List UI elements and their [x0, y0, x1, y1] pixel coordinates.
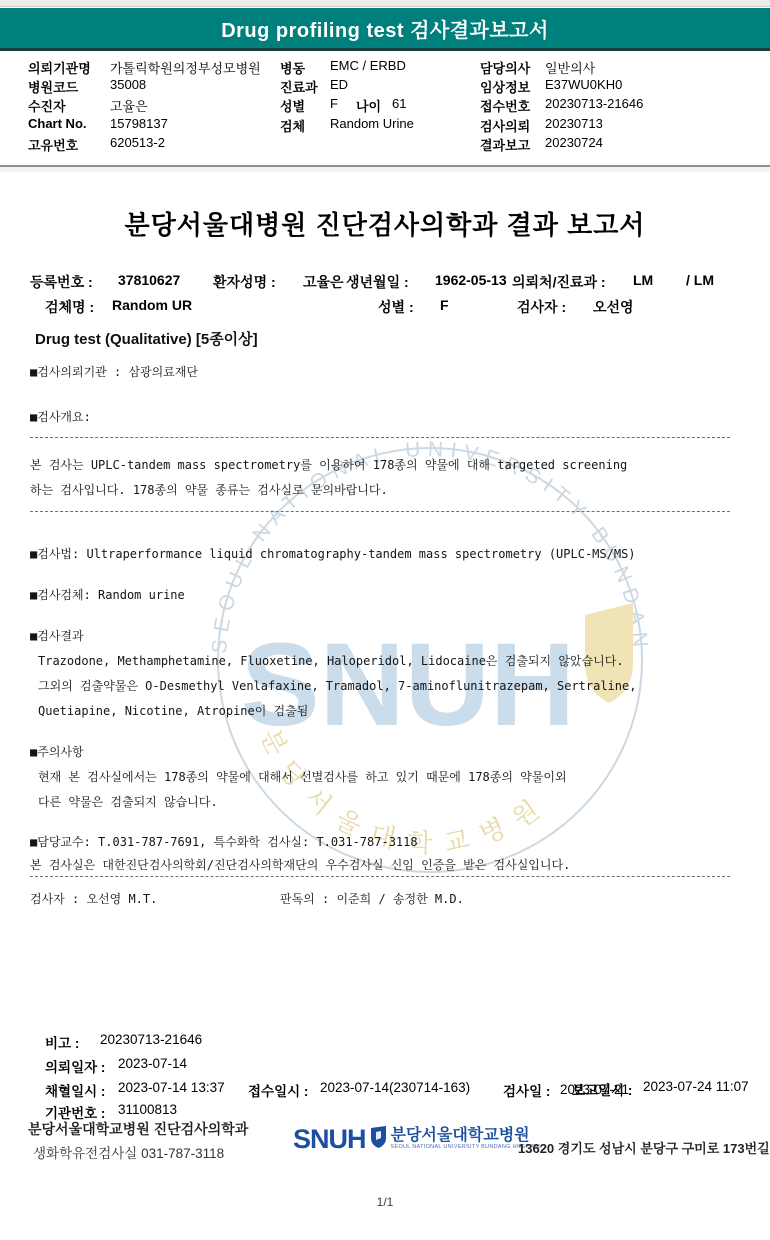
info-value-specimen: Random Urine: [330, 116, 414, 131]
referrer-dept-label: 의뢰처/진료과 :: [512, 272, 606, 292]
report-header-title: Drug profiling test 검사결과보고서: [221, 14, 549, 43]
info-value-receipt-no: 20230713-21646: [545, 96, 643, 111]
info-value-requesting-org: 가톨릭학원의정부성모병원: [110, 58, 261, 77]
patient-name-value: 고율은: [303, 272, 344, 292]
specimen-name-label: 검체명 :: [45, 297, 94, 317]
request-date-label: 의뢰일자 :: [45, 1056, 105, 1076]
referrer-dept-value: LM: [633, 272, 653, 288]
body-accreditation: 본 검사실은 대한진단검사의학회/진단검사의학재단의 우수검사실 신임 인증을 …: [30, 856, 570, 873]
body-result-header: ■검사결과: [30, 627, 84, 644]
info-value-report-date: 20230724: [545, 135, 603, 150]
header-divider-shadow: [0, 167, 770, 172]
info-label-ward: 병동: [280, 58, 305, 77]
remark-label: 비고 :: [45, 1032, 79, 1052]
request-date-value: 2023-07-14: [118, 1056, 187, 1071]
snuh-shield-icon: [370, 1126, 387, 1148]
top-gray-strip: [0, 0, 770, 7]
info-value-sex: F: [330, 96, 338, 111]
info-label-requesting-org: 의뢰기관명: [28, 58, 91, 77]
birth-date-label: 생년월일 :: [346, 272, 409, 292]
info-value-request-date: 20230713: [545, 116, 603, 131]
info-label-specimen: 검체: [280, 116, 305, 135]
birth-date-value: 1962-05-13: [435, 272, 507, 288]
collection-datetime-label: 채혈일시 :: [45, 1080, 105, 1100]
page-number: 1/1: [0, 1195, 770, 1209]
info-label-age: 나이: [356, 96, 381, 115]
info-label-sex: 성별: [280, 96, 305, 115]
sex-value: F: [440, 297, 449, 313]
specimen-name-value: Random UR: [112, 297, 192, 313]
info-label-hospital-code: 병원코드: [28, 77, 78, 96]
test-date-label: 검사일 :: [503, 1080, 550, 1100]
body-caution-header: ■주의사항: [30, 743, 84, 760]
info-value-department: ED: [330, 77, 348, 92]
examiner-label: 검사자 :: [517, 297, 566, 317]
info-value-hospital-code: 35008: [110, 77, 146, 92]
body-method: ■검사법: Ultraperformance liquid chromatogr…: [30, 545, 636, 562]
info-label-clinical-info: 임상정보: [480, 77, 530, 96]
info-label-unique-no: 고유번호: [28, 135, 78, 154]
report-page: SEOUL NATIONAL UNIVERSITY BUNDANG HOSPIT…: [0, 0, 770, 1240]
info-value-ward: EMC / ERBD: [330, 58, 406, 73]
info-value-patient: 고율은: [110, 96, 148, 115]
registration-label: 등록번호 :: [30, 272, 93, 292]
info-value-clinical-info: E37WU0KH0: [545, 77, 622, 92]
info-label-request-date: 검사의뢰: [480, 116, 530, 135]
remark-value: 20230713-21646: [100, 1032, 202, 1047]
info-label-doctor: 담당의사: [480, 58, 530, 77]
info-label-chart-no: Chart No.: [28, 116, 87, 131]
body-requesting-org: ■검사의뢰기관 : 삼광의료재단: [30, 363, 198, 380]
footer-snuh-logo: SNUH 분당서울대학교병원 SEOUL NATIONAL UNIVERSITY…: [293, 1124, 542, 1155]
info-label-department: 진료과: [280, 77, 318, 96]
body-overview-line1: 본 검사는 UPLC-tandem mass spectrometry를 이용하…: [30, 456, 627, 473]
body-result-line2: 그외의 검출약물은 O-Desmethyl Venlafaxine, Trama…: [38, 677, 636, 694]
body-caution-line2: 다른 약물은 검출되지 않습니다.: [38, 793, 218, 810]
body-professor-contact: ■담당교수: T.031-787-7691, 특수화학 검사실: T.031-7…: [30, 833, 418, 850]
snuh-logo-text: SNUH: [293, 1124, 366, 1155]
footer-address: 13620 경기도 성남시 분당구 구미로 173번길 82: [518, 1138, 770, 1157]
info-value-unique-no: 620513-2: [110, 135, 165, 150]
body-result-line3: Quetiapine, Nicotine, Atropine이 검출됨: [38, 702, 308, 719]
org-number-value: 31100813: [118, 1102, 177, 1117]
body-overview-header: ■검사개요:: [30, 408, 91, 425]
info-label-receipt-no: 접수번호: [480, 96, 530, 115]
collection-datetime-value: 2023-07-14 13:37: [118, 1080, 225, 1095]
body-result-line1: Trazodone, Methamphetamine, Fluoxetine, …: [38, 652, 624, 669]
referrer-dept-value2: / LM: [686, 272, 714, 288]
info-value-chart-no: 15798137: [110, 116, 168, 131]
report-main-title: 분당서울대병원 진단검사의학과 결과 보고서: [0, 205, 770, 242]
dashed-divider: [30, 876, 730, 877]
body-caution-line1: 현재 본 검사실에서는 178종의 약물에 대해서 선별검사를 하고 있기 때문…: [38, 768, 567, 785]
test-name-title: Drug test (Qualitative) [5종이상]: [35, 328, 258, 349]
report-datetime-value: 2023-07-24 11:07: [643, 1079, 749, 1094]
receipt-datetime-value: 2023-07-14(230714-163): [320, 1080, 470, 1095]
receipt-datetime-label: 접수일시 :: [248, 1080, 308, 1100]
info-value-age: 61: [392, 96, 406, 111]
footer-department-line2: 생화학유전검사실 031-787-3118: [33, 1142, 224, 1162]
body-overview-line2: 하는 검사입니다. 178종의 약물 종류는 검사실로 문의바랍니다.: [30, 481, 388, 498]
signed-examiner: 검사자 : 오선영 M.T.: [30, 890, 157, 907]
patient-name-label: 환자성명 :: [213, 272, 276, 292]
footer-department-line1: 분당서울대학교병원 진단검사의학과: [28, 1119, 248, 1139]
info-value-doctor: 일반의사: [545, 58, 595, 77]
info-label-report-date: 결과보고: [480, 135, 530, 154]
report-datetime-label-final: 보고일시 :: [572, 1079, 632, 1099]
examiner-value: 오선영: [593, 297, 634, 317]
dashed-divider: [30, 511, 730, 512]
body-specimen: ■검사검체: Random urine: [30, 586, 185, 603]
sex-label: 성별 :: [378, 297, 414, 317]
registration-value: 37810627: [118, 272, 180, 288]
info-label-patient: 수진자: [28, 96, 66, 115]
dashed-divider: [30, 437, 730, 438]
signed-reviewer: 판독의 : 이준희 / 송정한 M.D.: [280, 890, 464, 907]
report-header-band: Drug profiling test 검사결과보고서: [0, 8, 770, 51]
